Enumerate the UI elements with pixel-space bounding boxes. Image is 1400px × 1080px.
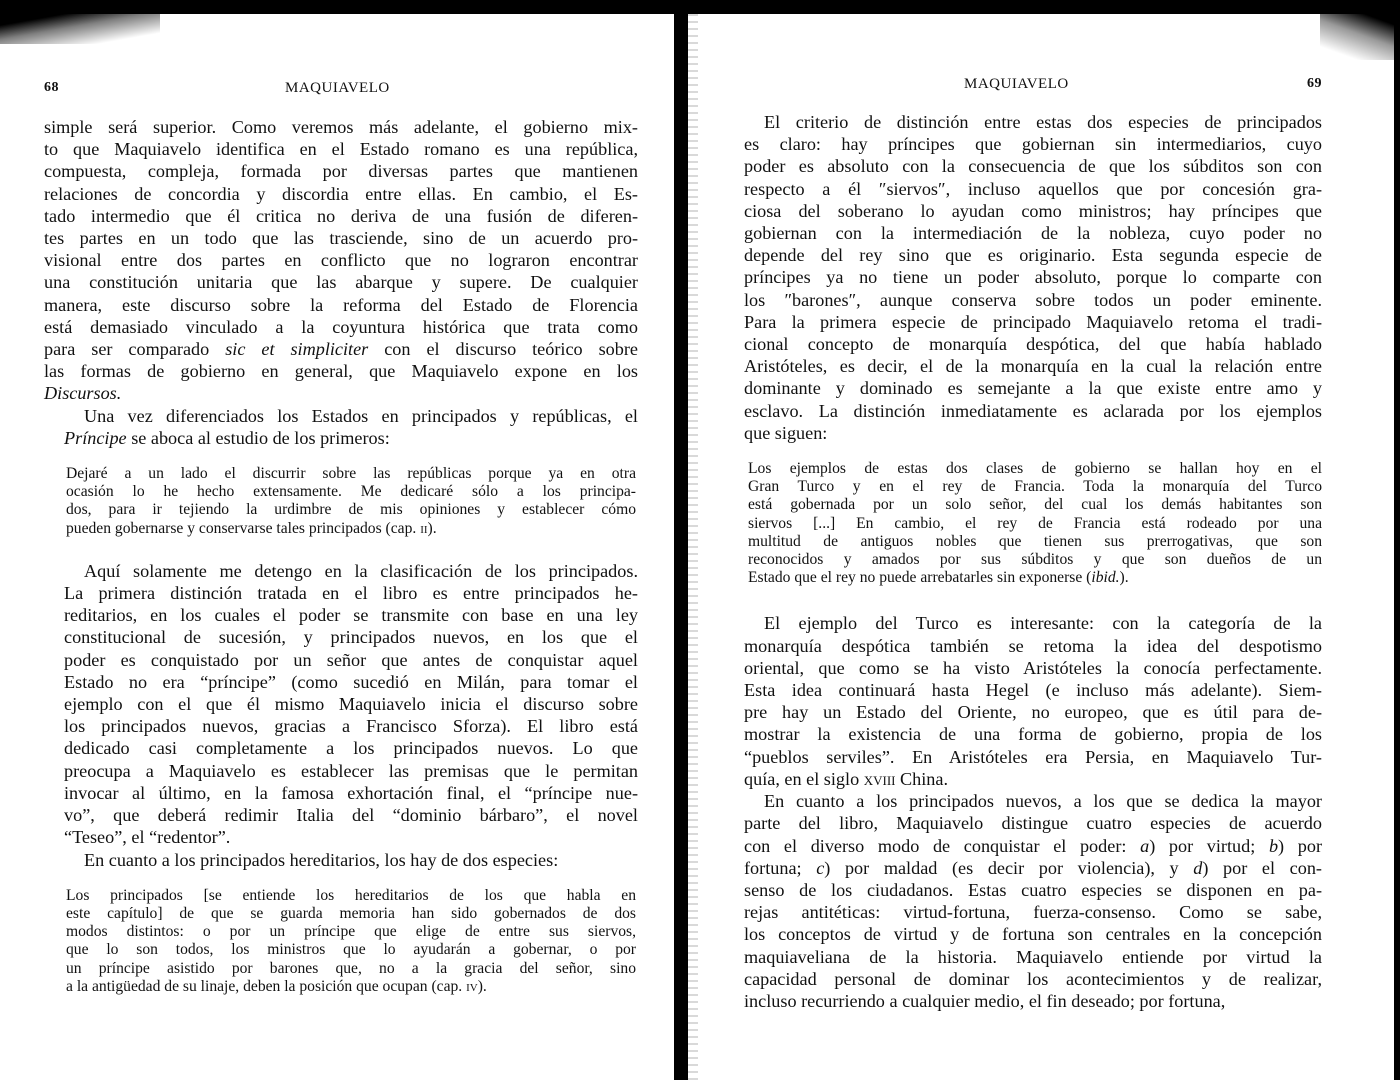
text-line: ciosa del soberano lo ayudan como minist… xyxy=(724,200,1322,222)
text-line: un príncipe asistido por barones que, no… xyxy=(66,960,636,978)
body-text: simple será superior. Como veremos más a… xyxy=(44,116,638,996)
page-number: 69 xyxy=(1307,76,1322,92)
text-line: reditarios, en los cuales el poder se tr… xyxy=(44,604,638,626)
text-line: que lo son todos, los ministros que lo a… xyxy=(66,941,636,959)
text-line: dos, para ir tejiendo la urdimbre de mis… xyxy=(66,501,636,519)
text-line: gobiernan con la intermediación de la no… xyxy=(724,222,1322,244)
text-line: a la antigüedad de su linaje, deben la p… xyxy=(66,978,636,996)
block-quote: Los ejemplos de estas dos clases de gobi… xyxy=(724,460,1322,587)
gutter-shadow xyxy=(688,0,698,1080)
running-title: MAQUIAVELO xyxy=(964,76,1069,93)
text-line: oriental, que como se ha visto Aristótel… xyxy=(724,657,1322,679)
text-line: príncipes ya no tiene un poder absoluto,… xyxy=(724,266,1322,288)
scan-shadow-top-right xyxy=(1320,0,1400,60)
running-head: MAQUIAVELO 69 xyxy=(724,80,1322,102)
text-line: Dejaré a un lado el discurrir sobre las … xyxy=(66,465,636,483)
text-line: este capítulo] de que se guarda memoria … xyxy=(66,905,636,923)
left-page: 68 MAQUIAVELO simple será superior. Como… xyxy=(44,0,638,1080)
text-line: preocupa a Maquiavelo es establecer las … xyxy=(44,760,638,782)
text-line: tes partes en un todo que las trasciende… xyxy=(44,227,638,249)
block-quote: Dejaré a un lado el discurrir sobre las … xyxy=(44,465,638,538)
text-line: respecto a él ″siervos″, incluso aquello… xyxy=(724,178,1322,200)
paragraph: Aquí solamente me detengo en la clasific… xyxy=(44,560,638,849)
text-line: “Teseo”, el “redentor”. xyxy=(44,826,638,848)
text-line: dedicado casi completamente a los princi… xyxy=(44,737,638,759)
text-line: poder es conquistado por un señor que an… xyxy=(44,649,638,671)
text-line: visional entre dos partes en conflicto q… xyxy=(44,249,638,271)
text-line: Príncipe se aboca al estudio de los prim… xyxy=(44,427,638,449)
body-text: El criterio de distinción entre estas do… xyxy=(724,111,1322,1012)
text-line: “pueblos serviles”. En Aristóteles era P… xyxy=(724,746,1322,768)
text-line: con el diverso modo de conquistar el pod… xyxy=(724,835,1322,857)
text-line: está demasiado vinculado a la coyuntura … xyxy=(44,316,638,338)
text-line: Una vez diferenciados los Estados en pri… xyxy=(44,405,638,427)
paragraph: En cuanto a los principados nuevos, a lo… xyxy=(724,790,1322,1012)
text-line: maquiaveliana de la historia. Maquiavelo… xyxy=(724,946,1322,968)
text-line: El criterio de distinción entre estas do… xyxy=(724,111,1322,133)
text-line: manera, este discurso sobre la reforma d… xyxy=(44,294,638,316)
text-line: dominante y dominado es semejante a la q… xyxy=(724,377,1322,399)
text-line: modos distintos: o por un príncipe que e… xyxy=(66,923,636,941)
text-line: Gran Turco y en el rey de Francia. Toda … xyxy=(748,478,1322,496)
text-line: tado intermedio que él critica no deriva… xyxy=(44,205,638,227)
text-line: compuesta, compleja, formada por diversa… xyxy=(44,160,638,182)
running-title: MAQUIAVELO xyxy=(285,80,390,97)
text-line: pre hay un Estado del Oriente, no europe… xyxy=(724,701,1322,723)
text-line: pueden gobernarse y conservarse tales pr… xyxy=(66,520,636,538)
text-line: senso de los ciudadanos. Estas cuatro es… xyxy=(724,879,1322,901)
paragraph: El criterio de distinción entre estas do… xyxy=(724,111,1322,444)
text-line: monarquía despótica también se retoma la… xyxy=(724,635,1322,657)
running-head: 68 MAQUIAVELO xyxy=(44,80,638,102)
text-line: En cuanto a los principados nuevos, a lo… xyxy=(724,790,1322,812)
text-line: En cuanto a los principados hereditarios… xyxy=(44,849,638,871)
text-line: depende del rey sino que es originario. … xyxy=(724,244,1322,266)
text-line: Aquí solamente me detengo en la clasific… xyxy=(44,560,638,582)
text-line: capacidad personal de dominar los aconte… xyxy=(724,968,1322,990)
text-line: los principados nuevos, gracias a Franci… xyxy=(44,715,638,737)
scan-border-right xyxy=(1394,0,1400,1080)
paragraph: Una vez diferenciados los Estados en pri… xyxy=(44,405,638,449)
text-line: que siguen: xyxy=(724,422,1322,444)
text-line: los ″barones″, aunque conserva sobre tod… xyxy=(724,289,1322,311)
text-line: simple será superior. Como veremos más a… xyxy=(44,116,638,138)
text-line: para ser comparado sic et simpliciter co… xyxy=(44,338,638,360)
text-line: invocar al último, en la famosa exhortac… xyxy=(44,782,638,804)
text-line: relaciones de concordia y discordia entr… xyxy=(44,183,638,205)
text-line: siervos [...] En cambio, el rey de Franc… xyxy=(748,515,1322,533)
text-line: las formas de gobierno en general, que M… xyxy=(44,360,638,382)
book-gutter xyxy=(674,0,688,1080)
text-line: mostrar la existencia de una forma de go… xyxy=(724,723,1322,745)
text-line: vo”, que deberá redimir Italia del “domi… xyxy=(44,804,638,826)
text-line: incluso recurriendo a cualquier medio, e… xyxy=(724,990,1322,1012)
text-line: quía, en el siglo xviii China. xyxy=(724,768,1322,790)
text-line: ejemplo con el que él mismo Maquiavelo i… xyxy=(44,693,638,715)
text-line: parte del libro, Maquiavelo distingue cu… xyxy=(724,812,1322,834)
text-line: Para la primera especie de principado Ma… xyxy=(724,311,1322,333)
text-line: esclavo. La distinción inmediatamente es… xyxy=(724,400,1322,422)
text-line: Estado no era “príncipe” (como sucedió e… xyxy=(44,671,638,693)
text-line: El ejemplo del Turco es interesante: con… xyxy=(724,612,1322,634)
text-line: La primera distinción tratada en el libr… xyxy=(44,582,638,604)
text-line: está gobernada por un solo señor, del cu… xyxy=(748,496,1322,514)
page-number: 68 xyxy=(44,80,59,96)
block-quote: Los principados [se entiende los heredit… xyxy=(44,887,638,996)
text-line: poder es absoluto con la consecuencia de… xyxy=(724,155,1322,177)
paragraph: El ejemplo del Turco es interesante: con… xyxy=(724,612,1322,790)
text-line: multitud de antiguos nobles que tienen s… xyxy=(748,533,1322,551)
right-page: MAQUIAVELO 69 El criterio de distinción … xyxy=(724,0,1322,1080)
text-line: Los ejemplos de estas dos clases de gobi… xyxy=(748,460,1322,478)
paragraph: simple será superior. Como veremos más a… xyxy=(44,116,638,405)
text-line: to que Maquiavelo identifica en el Estad… xyxy=(44,138,638,160)
text-line: Estado que el rey no puede arrebatarles … xyxy=(748,569,1322,587)
text-line: cional concepto de monarquía despótica, … xyxy=(724,333,1322,355)
paragraph: En cuanto a los principados hereditarios… xyxy=(44,849,638,871)
text-line: Aristóteles, es decir, el de la monarquí… xyxy=(724,355,1322,377)
text-line: Esta idea continuará hasta Hegel (e incl… xyxy=(724,679,1322,701)
text-line: una constitución unitaria que las abarqu… xyxy=(44,271,638,293)
text-line: reconocidos y amados por sus súbditos y … xyxy=(748,551,1322,569)
text-line: los conceptos de virtud y de fortuna son… xyxy=(724,923,1322,945)
text-line: rejas antitéticas: virtud-fortuna, fuerz… xyxy=(724,901,1322,923)
text-line: es claro: hay príncipes que gobiernan si… xyxy=(724,133,1322,155)
text-line: constitucional de sucesión, y principado… xyxy=(44,626,638,648)
text-line: ocasión lo he hecho extensamente. Me ded… xyxy=(66,483,636,501)
text-line: Discursos. xyxy=(44,382,638,404)
text-line: Los principados [se entiende los heredit… xyxy=(66,887,636,905)
text-line: fortuna; c) por maldad (es decir por vio… xyxy=(724,857,1322,879)
